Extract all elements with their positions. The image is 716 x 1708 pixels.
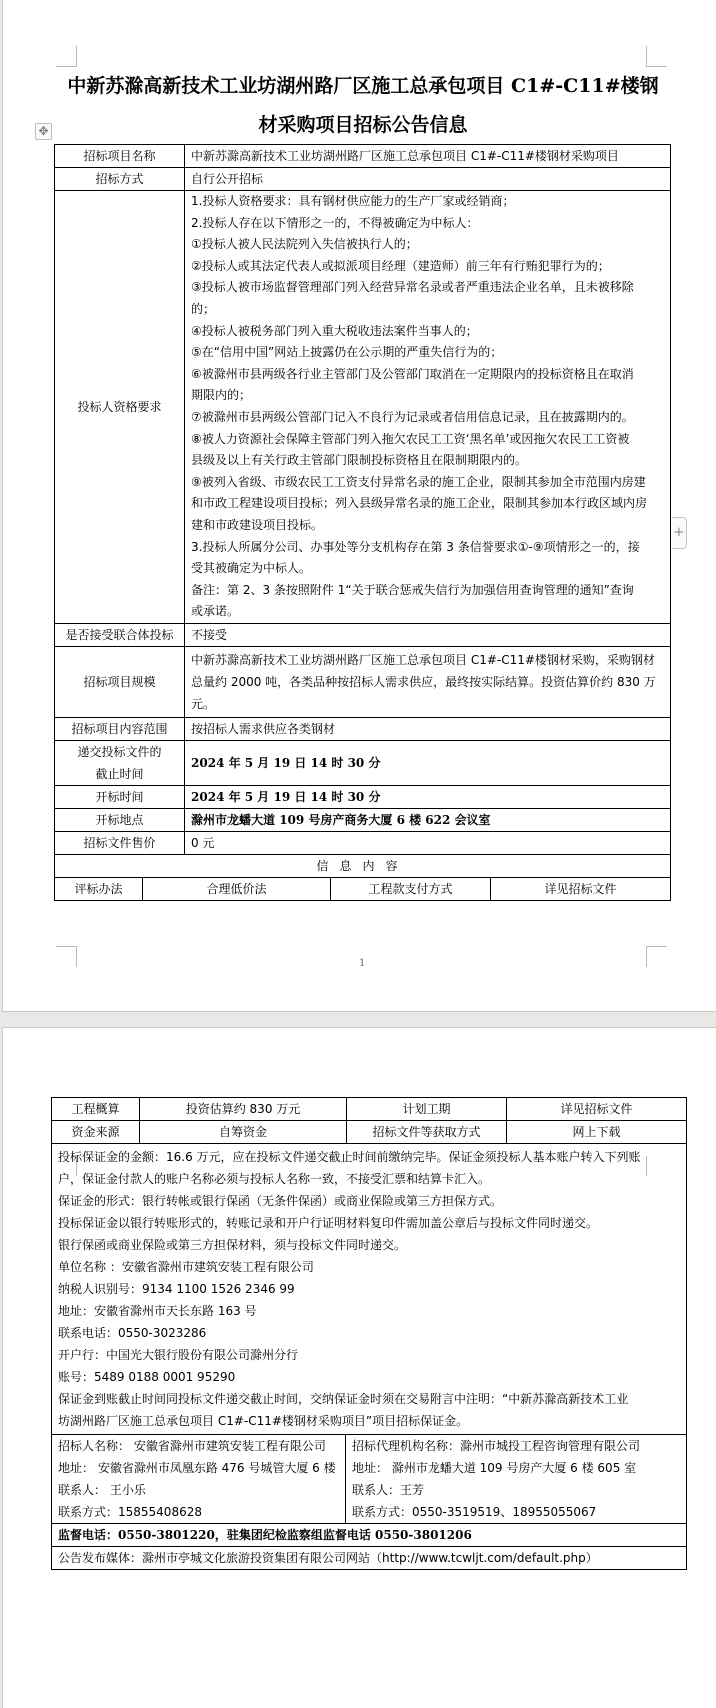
scale-line: 中新苏滁高新技术工业坊湖州路厂区施工总承包项目 C1#-C11#楼钢材采购，采购… bbox=[191, 649, 664, 671]
table-row: 开标时间 2024 年 5 月 19 日 14 时 30 分 bbox=[55, 785, 671, 808]
requirement-line: 2.投标人存在以下情形之一的，不得被确定为中标人： bbox=[191, 213, 664, 235]
opening-place-value: 滁州市龙蟠大道 109 号房产商务大厦 6 楼 622 会议室 bbox=[185, 808, 671, 831]
requirement-line: ③投标人被市场监督管理部门列入经营异常名录或者严重违法企业名单，且未被移除 bbox=[191, 277, 664, 299]
tender-info-table-continued: 工程概算 投资估算约 830 万元 计划工期 详见招标文件 资金来源 自筹资金 … bbox=[51, 1097, 687, 1570]
deadline-value: 2024 年 5 月 19 日 14 时 30 分 bbox=[185, 740, 671, 785]
requirement-line: ⑦被滁州市县两级公管部门记入不良行为记录或者信用信息记录，且在披露期内的。 bbox=[191, 407, 664, 429]
requirement-line: 3.投标人所属分公司、办事处等分支机构存在第 3 条信誉要求①-⑨项情形之一的，… bbox=[191, 537, 664, 559]
requirement-line: 或承诺。 bbox=[191, 601, 664, 623]
deposit-line: 坊湖州路厂区施工总承包项目 C1#-C11#楼钢材采购项目”项目招标保证金。 bbox=[58, 1410, 680, 1432]
table-row: 招标文件售价 0 元 bbox=[55, 831, 671, 854]
deposit-line: 投标保证金以银行转账形式的，转账记录和开户行证明材料复印件需加盖公章后与投标文件… bbox=[58, 1212, 680, 1234]
table-row: 招标方式 自行公开招标 bbox=[55, 168, 671, 191]
deposit-line: 保证金的形式：银行转帐或银行保函（无条件保函）或商业保险或第三方担保方式。 bbox=[58, 1190, 680, 1212]
doc-access-value: 网上下载 bbox=[507, 1121, 687, 1144]
supervision-phone: 监督电话：0550-3801220，驻集团纪检监察组监督电话 0550-3801… bbox=[52, 1524, 687, 1547]
requirement-line: ②投标人或其法定代表人或拟派项目经理（建造师）前三年有行贿犯罪行为的； bbox=[191, 256, 664, 278]
project-name-label: 招标项目名称 bbox=[55, 145, 185, 168]
deposit-line: 投标保证金的金额：16.6 万元，应在投标文件递交截止时间前缴纳完毕。保证金须投… bbox=[58, 1146, 680, 1168]
deposit-line: 开户行：中国光大银行股份有限公司滁州分行 bbox=[58, 1344, 680, 1366]
deadline-label-line: 截止时间 bbox=[57, 763, 182, 785]
agency-contact-person: 联系人：王芳 bbox=[352, 1479, 680, 1501]
requirements-label: 投标人资格要求 bbox=[55, 191, 185, 624]
eval-method-value: 合理低价法 bbox=[143, 877, 331, 900]
tender-info-table: 招标项目名称 中新苏滁高新技术工业坊湖州路厂区施工总承包项目 C1#-C11#楼… bbox=[54, 144, 671, 901]
requirement-line: ①投标人被人民法院列入失信被执行人的； bbox=[191, 234, 664, 256]
deposit-line: 纳税人识别号：9134 1100 1526 2346 99 bbox=[58, 1278, 680, 1300]
doc-access-label: 招标文件等获取方式 bbox=[347, 1121, 507, 1144]
payment-method-value: 详见招标文件 bbox=[491, 877, 671, 900]
requirement-line: ⑤在“信用中国”网站上披露仍在公示期的严重失信行为的； bbox=[191, 342, 664, 364]
title-line-1: 中新苏滁高新技术工业坊湖州路厂区施工总承包项目 C1#-C11#楼钢 bbox=[53, 68, 673, 104]
deposit-line: 银行保函或商业保险或第三方担保材料，须与投标文件同时递交。 bbox=[58, 1234, 680, 1256]
table-row: 资金来源 自筹资金 招标文件等获取方式 网上下载 bbox=[52, 1121, 687, 1144]
tender-method-label: 招标方式 bbox=[55, 168, 185, 191]
tenderer-name: 招标人名称： 安徽省滁州市建筑安装工程有限公司 bbox=[58, 1435, 339, 1457]
table-row: 是否接受联合体投标 不接受 bbox=[55, 623, 671, 646]
payment-method-label: 工程款支付方式 bbox=[331, 877, 491, 900]
tenderer-phone: 联系方式：15855408628 bbox=[58, 1501, 339, 1523]
table-row: 招标项目规模 中新苏滁高新技术工业坊湖州路厂区施工总承包项目 C1#-C11#楼… bbox=[55, 646, 671, 717]
table-row: 递交投标文件的 截止时间 2024 年 5 月 19 日 14 时 30 分 bbox=[55, 740, 671, 785]
consortium-value: 不接受 bbox=[185, 623, 671, 646]
opening-place-label: 开标地点 bbox=[55, 808, 185, 831]
requirement-line: 建和市政建设项目投标。 bbox=[191, 515, 664, 537]
requirement-line: 受其被确定为中标人。 bbox=[191, 558, 664, 580]
scale-label: 招标项目规模 bbox=[55, 646, 185, 717]
schedule-label: 计划工期 bbox=[347, 1098, 507, 1121]
requirements-value: 1.投标人资格要求：具有钢材供应能力的生产厂家或经销商； 2.投标人存在以下情形… bbox=[185, 191, 671, 624]
opening-time-label: 开标时间 bbox=[55, 785, 185, 808]
table-row: 投标人资格要求 1.投标人资格要求：具有钢材供应能力的生产厂家或经销商； 2.投… bbox=[55, 191, 671, 624]
agency-contact: 招标代理机构名称：滁州市城投工程咨询管理有限公司 地址： 滁州市龙蟠大道 109… bbox=[346, 1435, 687, 1524]
requirement-line: 和市政工程建设项目投标；列入县级异常名录的施工企业，限制其参加本行政区域内房 bbox=[191, 493, 664, 515]
table-row: 开标地点 滁州市龙蟠大道 109 号房产商务大厦 6 楼 622 会议室 bbox=[55, 808, 671, 831]
scale-line: 总量约 2000 吨，各类品种按招标人需求供应，最终按实际结算。投资估算价约 8… bbox=[191, 671, 664, 693]
scale-value: 中新苏滁高新技术工业坊湖州路厂区施工总承包项目 C1#-C11#楼钢材采购，采购… bbox=[185, 646, 671, 717]
eval-method-label: 评标办法 bbox=[55, 877, 143, 900]
margin-corner-mark bbox=[56, 946, 77, 967]
table-row: 工程概算 投资估算约 830 万元 计划工期 详见招标文件 bbox=[52, 1098, 687, 1121]
opening-time-value: 2024 年 5 月 19 日 14 时 30 分 bbox=[185, 785, 671, 808]
tenderer-address: 地址： 安徽省滁州市凤凰东路 476 号城管大厦 6 楼 bbox=[58, 1457, 339, 1479]
fund-source-label: 资金来源 bbox=[52, 1121, 140, 1144]
table-row: 招标项目内容范围 按招标人需求供应各类钢材 bbox=[55, 717, 671, 740]
table-move-handle-icon[interactable]: ✥ bbox=[35, 123, 52, 140]
requirement-line: 县级及以上有关行政主管部门限制投标资格且在限制期限内的。 bbox=[191, 450, 664, 472]
deposit-line: 联系电话：0550-3023286 bbox=[58, 1322, 680, 1344]
deposit-line: 单位名称 ：安徽省滁州市建筑安装工程有限公司 bbox=[58, 1256, 680, 1278]
deposit-line: 地址：安徽省滁州市天长东路 163 号 bbox=[58, 1300, 680, 1322]
project-name-value: 中新苏滁高新技术工业坊湖州路厂区施工总承包项目 C1#-C11#楼钢材采购项目 bbox=[185, 145, 671, 168]
table-row: 投标保证金的金额：16.6 万元，应在投标文件递交截止时间前缴纳完毕。保证金须投… bbox=[52, 1144, 687, 1435]
deposit-details: 投标保证金的金额：16.6 万元，应在投标文件递交截止时间前缴纳完毕。保证金须投… bbox=[52, 1144, 687, 1435]
estimate-label: 工程概算 bbox=[52, 1098, 140, 1121]
deposit-line: 保证金到账截止时间同投标文件递交截止时间，交纳保证金时须在交易附言中注明：“中新… bbox=[58, 1388, 680, 1410]
requirement-line: ⑨被列入省级、市级农民工工资支付异常名录的施工企业，限制其参加全市范围内房建 bbox=[191, 472, 664, 494]
doc-price-label: 招标文件售价 bbox=[55, 831, 185, 854]
table-row: 招标人名称： 安徽省滁州市建筑安装工程有限公司 地址： 安徽省滁州市凤凰东路 4… bbox=[52, 1435, 687, 1524]
publication-media: 公告发布媒体：滁州市亭城文化旅游投资集团有限公司网站（http://www.tc… bbox=[52, 1547, 687, 1570]
scale-line: 元。 bbox=[191, 693, 664, 715]
info-content-header: 信息内容 bbox=[55, 854, 671, 877]
fund-source-value: 自筹资金 bbox=[140, 1121, 347, 1144]
requirement-line: 的； bbox=[191, 299, 664, 321]
margin-corner-mark bbox=[646, 46, 667, 67]
requirement-line: 期限内的； bbox=[191, 385, 664, 407]
page-number: 1 bbox=[359, 958, 365, 969]
requirement-line: ⑧被人力资源社会保障主管部门列入拖欠农民工工资‘黑名单’或因拖欠农民工工资被 bbox=[191, 429, 664, 451]
deposit-line: 户，保证金付款人的账户名称必须与投标人名称一致，不接受汇票和结算卡汇入。 bbox=[58, 1168, 680, 1190]
requirement-line: 1.投标人资格要求：具有钢材供应能力的生产厂家或经销商； bbox=[191, 191, 664, 213]
title-line-2: 材采购项目招标公告信息 bbox=[53, 107, 673, 143]
scope-value: 按招标人需求供应各类钢材 bbox=[185, 717, 671, 740]
deadline-label: 递交投标文件的 截止时间 bbox=[55, 740, 185, 785]
requirement-line: 备注：第 2、3 条按照附件 1“关于联合惩戒失信行为加强信用查询管理的通知”查… bbox=[191, 580, 664, 602]
deposit-line: 账号：5489 0188 0001 95290 bbox=[58, 1366, 680, 1388]
agency-address: 地址： 滁州市龙蟠大道 109 号房产大厦 6 楼 605 室 bbox=[352, 1457, 680, 1479]
agency-phone: 联系方式：0550-3519519、18955055067 bbox=[352, 1501, 680, 1523]
table-row: 公告发布媒体：滁州市亭城文化旅游投资集团有限公司网站（http://www.tc… bbox=[52, 1547, 687, 1570]
table-row: 评标办法 合理低价法 工程款支付方式 详见招标文件 bbox=[55, 877, 671, 900]
consortium-label: 是否接受联合体投标 bbox=[55, 623, 185, 646]
table-row: 信息内容 bbox=[55, 854, 671, 877]
margin-corner-mark bbox=[56, 46, 77, 67]
table-row: 招标项目名称 中新苏滁高新技术工业坊湖州路厂区施工总承包项目 C1#-C11#楼… bbox=[55, 145, 671, 168]
add-column-icon[interactable]: + bbox=[672, 517, 687, 549]
table-row: 监督电话：0550-3801220，驻集团纪检监察组监督电话 0550-3801… bbox=[52, 1524, 687, 1547]
schedule-value: 详见招标文件 bbox=[507, 1098, 687, 1121]
scope-label: 招标项目内容范围 bbox=[55, 717, 185, 740]
document-page-1: 中新苏滁高新技术工业坊湖州路厂区施工总承包项目 C1#-C11#楼钢 材采购项目… bbox=[2, 0, 716, 1012]
tenderer-contact: 招标人名称： 安徽省滁州市建筑安装工程有限公司 地址： 安徽省滁州市凤凰东路 4… bbox=[52, 1435, 346, 1524]
margin-corner-mark bbox=[646, 946, 667, 967]
deadline-label-line: 递交投标文件的 bbox=[57, 741, 182, 763]
requirement-line: ④投标人被税务部门列入重大税收违法案件当事人的； bbox=[191, 321, 664, 343]
requirement-line: ⑥被滁州市县两级各行业主管部门及公管部门取消在一定期限内的投标资格且在取消 bbox=[191, 364, 664, 386]
agency-name: 招标代理机构名称：滁州市城投工程咨询管理有限公司 bbox=[352, 1435, 680, 1457]
tender-method-value: 自行公开招标 bbox=[185, 168, 671, 191]
estimate-value: 投资估算约 830 万元 bbox=[140, 1098, 347, 1121]
page-title: 中新苏滁高新技术工业坊湖州路厂区施工总承包项目 C1#-C11#楼钢 材采购项目… bbox=[53, 68, 673, 143]
doc-price-value: 0 元 bbox=[185, 831, 671, 854]
tenderer-contact-person: 联系人： 王小乐 bbox=[58, 1479, 339, 1501]
